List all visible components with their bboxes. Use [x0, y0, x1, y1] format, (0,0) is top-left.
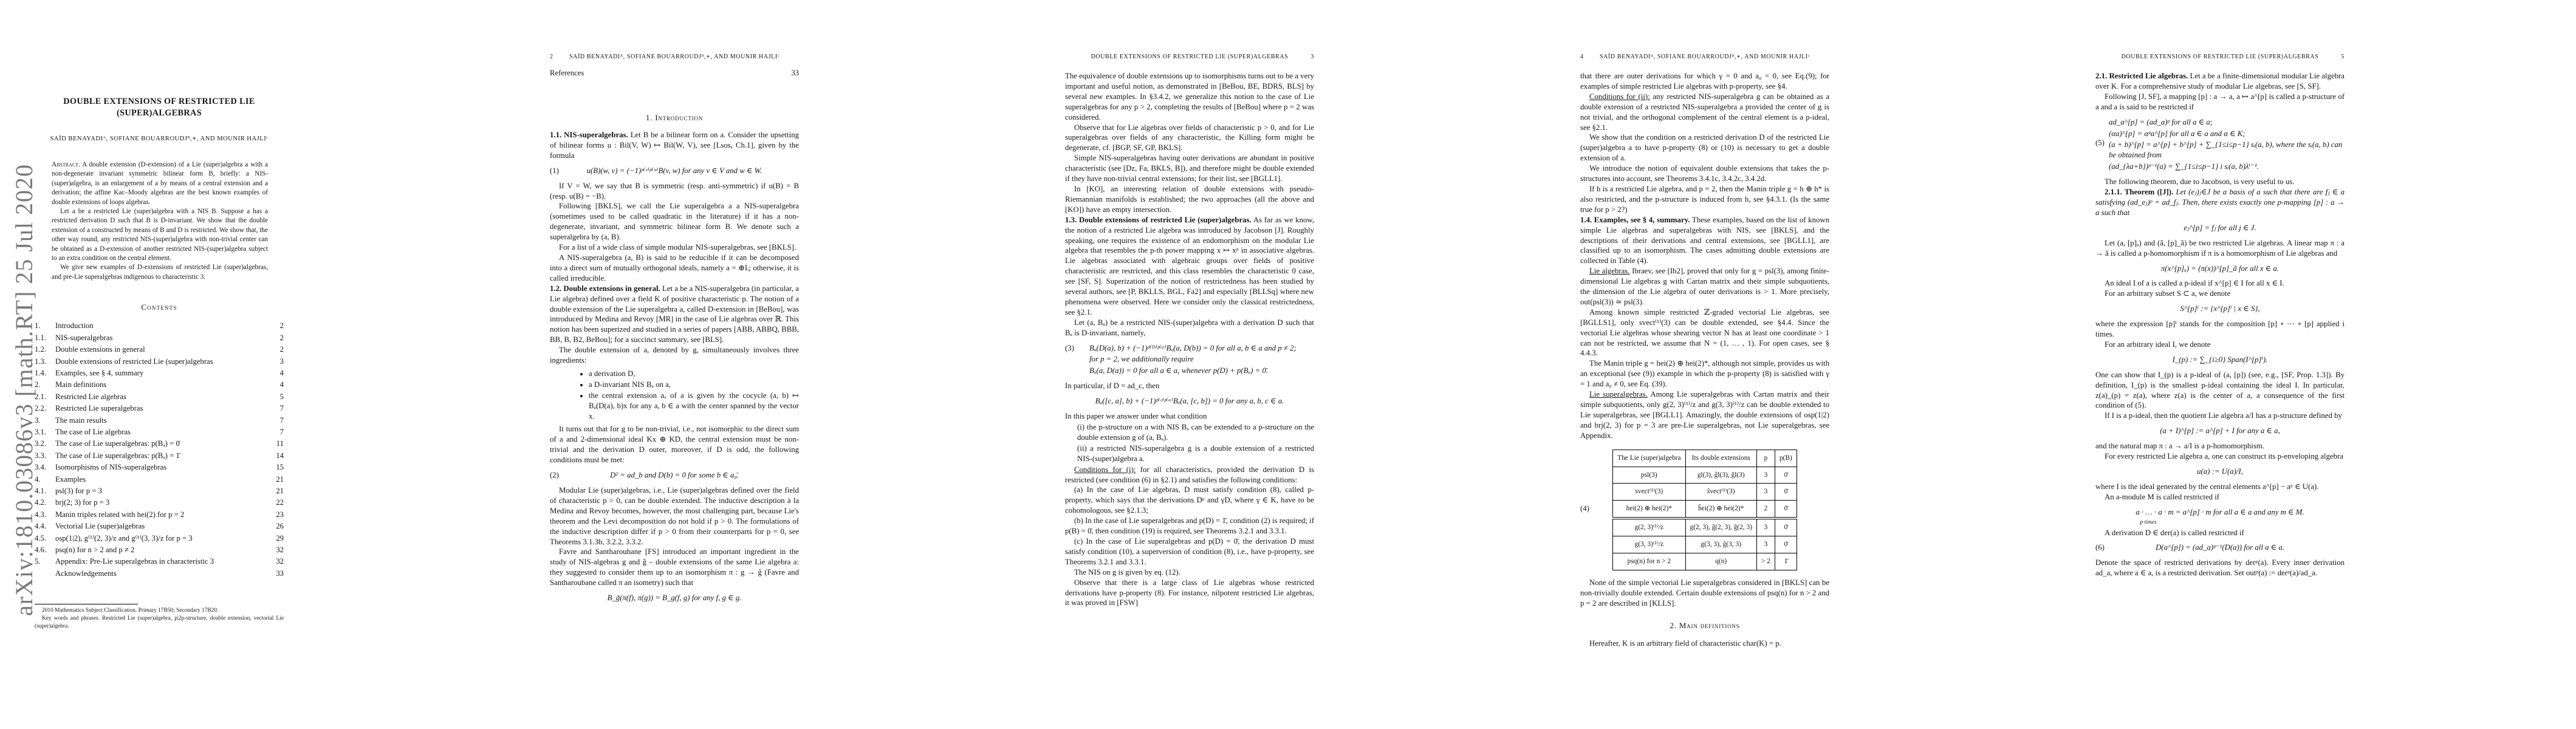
table-cell: gl(3), g̃l(3), ĝl(3) — [1685, 467, 1757, 484]
toc-entry: 4.2.brj(2; 3) for p = 322 — [35, 497, 284, 508]
paragraph-lead: Lie algebras. — [1589, 267, 1629, 275]
toc-entry: 1.3.Double extensions of restricted Lie … — [35, 356, 284, 368]
toc-number: 4. — [35, 474, 55, 485]
running-head: DOUBLE EXTENSIONS OF RESTRICTED LIE (SUP… — [1065, 53, 1314, 60]
toc-page: 7 — [265, 403, 284, 414]
table-cell: 3 — [1757, 536, 1775, 553]
toc-label: Vectorial Lie (super)algebras — [55, 521, 265, 532]
equation-text: B_g̃(π(f), π(g)) = B_g(f, g) for any f, … — [608, 594, 742, 602]
footnote-line: 2010 Mathematics Subject Classification.… — [35, 607, 284, 615]
table-row: svect⁽¹⁾(3) ŝvect⁽¹⁾(3) 3 0̄ — [1613, 484, 1797, 501]
toc-entry: 3.3.The case of Lie superalgebras: p(Bₐ)… — [35, 450, 284, 462]
abstract: Abstract. A double extension (D-extensio… — [52, 160, 268, 282]
document-canvas: { "watermark": "arXiv:1810.03086v3 [math… — [0, 0, 2576, 729]
toc-label: Introduction — [55, 320, 265, 332]
table-cell: 0̄ — [1775, 467, 1797, 484]
paragraph: Hereafter, K is an arbitrary field of ch… — [1580, 638, 1829, 649]
toc-entry: 3.1.The case of Lie algebras7 — [35, 426, 284, 438]
equation: π(x^[p]ₐ) = (π(x))^[p]_ã for all x ∈ a. — [2095, 264, 2345, 274]
toc-entry: 1.2.Double extensions in general2 — [35, 344, 284, 355]
paragraph-lead: Conditions for (i): — [1074, 465, 1136, 474]
equation: Bₐ([c, a], b) + (−1)ᵖ⁽ᶜ⁾ᵖ⁽ᵃ⁾Bₐ(a, [c, b]… — [1065, 396, 1314, 406]
running-head-title: DOUBLE EXTENSIONS OF RESTRICTED LIE (SUP… — [2108, 53, 2332, 60]
equation-number: (5) — [2095, 138, 2105, 148]
table-cell: psl(3) — [1613, 467, 1685, 484]
subsection-lead: 2.1. Restricted Lie algebras. — [2095, 72, 2188, 80]
toc-number: 3.3. — [35, 450, 55, 462]
table-cell: g(2, 3)⁽¹⁾/z — [1613, 518, 1685, 536]
running-head-title: DOUBLE EXTENSIONS OF RESTRICTED LIE (SUP… — [1077, 53, 1302, 60]
paragraph-lead: Lie superalgebras. — [1589, 390, 1648, 399]
paragraph: A derivation D ∈ der(a) is called restri… — [2095, 528, 2345, 538]
table-header: p(B) — [1775, 450, 1797, 467]
table-cell: > 2 — [1757, 553, 1775, 570]
equation-text: eⱼ^[p] = fⱼ for all j ∈ J. — [2184, 224, 2256, 232]
paragraph: that there are outer derivations for whi… — [1580, 71, 1829, 92]
toc-number — [35, 568, 55, 580]
bullet-list: a derivation D, a D-invariant NIS Bₐ on … — [589, 369, 799, 422]
subsection-lead: 1.2. Double extensions in general. — [550, 284, 660, 293]
table-row: hei(2) ⊕ hei(2)* ĥei(2) ⊕ hei(2)* 2 0̄ — [1613, 501, 1797, 518]
paragraph: The NIS on g is given by eq. (12). — [1065, 567, 1314, 578]
toc-entry: 4.5.osp(1|2), g⁽¹⁾(2, 3)/z and g⁽¹⁾(3, 3… — [35, 533, 284, 544]
paragraph: 2.1. Restricted Lie algebras. Let a be a… — [2095, 71, 2345, 92]
equation: eⱼ^[p] = fⱼ for all j ∈ J. — [2095, 223, 2345, 233]
paragraph: For an arbitrary ideal I, we denote — [2095, 340, 2345, 350]
toc-page: 29 — [265, 533, 284, 544]
equation: (1)u(B)(w, v) = (−1)ᵖ⁽ᵛ⁾ᵖ⁽ʷ⁾B(v, w) for … — [550, 166, 799, 176]
page-number: 3 — [1302, 53, 1314, 60]
page-3-column: DOUBLE EXTENSIONS OF RESTRICTED LIE (SUP… — [1065, 53, 1314, 608]
paragraph: 1.2. Double extensions in general. Let a… — [550, 284, 799, 345]
toc-number: 2.1. — [35, 391, 55, 403]
bullet-item: the central extension aₓ of a is given b… — [589, 391, 799, 422]
abstract-paragraph: Let a be a restricted Lie (super)algebra… — [52, 207, 268, 263]
toc-entry: Acknowledgements33 — [35, 568, 284, 580]
paragraph: Lie algebras. Ibraev, see [Ib2], proved … — [1580, 266, 1829, 307]
toc-label: Restricted Lie superalgebras — [55, 403, 265, 414]
toc-entry: 1.1.NIS-superalgebras2 — [35, 332, 284, 344]
section-heading: 2. Main definitions — [1580, 621, 1829, 631]
page-3-body: The equivalence of double extensions up … — [1065, 71, 1314, 608]
table-cell: g(2, 3), g̃(2, 3), ĝ(2, 3) — [1685, 518, 1757, 536]
equation-line: for p = 2, we additionally require — [1089, 354, 1314, 364]
toc-number: 2.2. — [35, 403, 55, 414]
table-cell: 0̄ — [1775, 518, 1797, 536]
toc-label: Acknowledgements — [55, 568, 265, 580]
toc-label: Appendix: Pre-Lie superalgebras in chara… — [55, 556, 265, 567]
equation: S^[p]ⁱ := {x^[p]ⁱ | x ∈ S}, — [2095, 304, 2345, 314]
table-header: The Lie (super)algebra — [1613, 450, 1685, 467]
paragraph: Observe that for Lie algebras over field… — [1065, 123, 1314, 154]
paragraph: The equivalence of double extensions up … — [1065, 71, 1314, 123]
toc-page: 32 — [265, 556, 284, 567]
page-4-column: 4 SAÏD BENAYADIᴬ, SOFIANE BOUARROUDJᴮ,∗,… — [1580, 53, 1829, 649]
running-head-authors: SAÏD BENAYADIᴬ, SOFIANE BOUARROUDJᴮ,∗, A… — [562, 53, 787, 60]
toc-page: 7 — [265, 426, 284, 438]
toc-entry: 1.Introduction2 — [35, 320, 284, 332]
underbrace-note: p times — [2061, 518, 2273, 528]
toc-number: 1.3. — [35, 356, 55, 368]
toc-entry: 4.1.psl(3) for p = 321 — [35, 485, 284, 497]
toc-entry: 3.2.The case of Lie superalgebras: p(Bₐ)… — [35, 438, 284, 450]
equation-line: Bₐ(D(a), b) + (−1)ᵖ⁽ᴰ⁾ᵖ⁽ᵃ⁾Bₐ(a, D(b)) = … — [1089, 343, 1314, 354]
paragraph: If V = W, we say that B is symmetric (re… — [550, 181, 799, 202]
contents-heading: Contents — [35, 303, 284, 312]
paragraph: Conditions for (ii): any restricted NIS-… — [1580, 92, 1829, 133]
paragraph: One can show that I_(p) is a p-ideal of … — [2095, 370, 2345, 411]
equation-number: (6) — [2095, 542, 2105, 553]
section-heading: 1. Introduction — [550, 113, 799, 123]
equation-text: u(B)(w, v) = (−1)ᵖ⁽ᵛ⁾ᵖ⁽ʷ⁾B(v, w) for any… — [587, 166, 762, 175]
page-1-column: DOUBLE EXTENSIONS OF RESTRICTED LIE (SUP… — [35, 96, 284, 580]
paragraph-lead: Conditions for (ii): — [1589, 92, 1650, 101]
table-header: p — [1757, 450, 1775, 467]
table-row: g(2, 3)⁽¹⁾/z g(2, 3), g̃(2, 3), ĝ(2, 3) … — [1613, 518, 1797, 536]
toc-label: Restricted Lie algebras — [55, 391, 265, 403]
toc-references-row: References 33 — [550, 69, 799, 78]
paragraph: Observe that there is a large class of L… — [1065, 578, 1314, 609]
toc-entry: 3.The main results7 — [35, 415, 284, 426]
paragraph-text: Let a be a NIS-superalgebra (in particul… — [550, 284, 799, 344]
equation-text: a · … · a · m = a^[p] · m for all a ∈ a … — [2136, 508, 2304, 516]
table-of-contents: 1.Introduction2 1.1.NIS-superalgebras2 1… — [35, 320, 284, 580]
table-cell: 0̄ — [1775, 484, 1797, 501]
paragraph: In particular, if D = ad_c, then — [1065, 381, 1314, 391]
paragraph: For a list of a wide class of simple mod… — [550, 242, 799, 253]
paragraph: It turns out that for g to be non-trivia… — [550, 424, 799, 465]
running-head: 2 SAÏD BENAYADIᴬ, SOFIANE BOUARROUDJᴮ,∗,… — [550, 53, 799, 60]
toc-page: 2 — [265, 320, 284, 332]
toc-label: The case of Lie superalgebras: p(Bₐ) = 0… — [55, 438, 265, 450]
table-cell: hei(2) ⊕ hei(2)* — [1613, 501, 1685, 518]
list-item: (i) the p-structure on a with NIS Bₐ can… — [1077, 422, 1314, 443]
paragraph: In this paper we answer under what condi… — [1065, 411, 1314, 422]
page-5-column: DOUBLE EXTENSIONS OF RESTRICTED LIE (SUP… — [2095, 53, 2345, 578]
paragraph: Conditions for (i): for all characterist… — [1065, 465, 1314, 485]
paragraph: For every restricted Lie algebra a, one … — [2095, 451, 2345, 462]
toc-page: 33 — [265, 568, 284, 580]
abstract-paragraph: We give new examples of D-extensions of … — [52, 263, 268, 282]
toc-page: 23 — [265, 509, 284, 521]
running-head-spacer — [1065, 53, 1077, 60]
table-cell: 2 — [1757, 501, 1775, 518]
paragraph: Simple NIS-superalgebras having outer de… — [1065, 153, 1314, 184]
abstract-paragraph: Abstract. A double extension (D-extensio… — [52, 160, 268, 207]
table-cell: 0̄ — [1775, 501, 1797, 518]
equation-text: D² = ad_b and D(b) = 0 for some b ∈ a₀̄. — [610, 471, 739, 479]
equation: u(a) := U(a)/I, — [2095, 467, 2345, 477]
toc-page: 32 — [265, 544, 284, 556]
equation-line: Bₐ(a, D(a)) = 0 for all a ∈ a, whenever … — [1089, 366, 1314, 376]
paragraph: We introduce the notion of equivalent do… — [1580, 163, 1829, 184]
page-5: DOUBLE EXTENSIONS OF RESTRICTED LIE (SUP… — [2061, 0, 2576, 729]
theorem-paragraph: 2.1.1. Theorem ([J]). Let (eⱼ)ⱼ∈J be a b… — [2095, 187, 2345, 218]
paragraph: If h is a restricted Lie algebra, and p … — [1580, 184, 1829, 215]
toc-label: Manin triples related with hei(2) for p … — [55, 509, 265, 521]
paragraph: (a) In the case of Lie algebras, D must … — [1065, 485, 1314, 516]
toc-number: 1.2. — [35, 344, 55, 355]
equation: I_(p) := ∑_{i≥0} Span(I^[p]ⁱ). — [2095, 355, 2345, 365]
paragraph: Among known simple restricted ℤ-graded v… — [1580, 307, 1829, 359]
paragraph: A NIS-superalgebra (a, B) is said to be … — [550, 253, 799, 284]
toc-page: 22 — [265, 497, 284, 508]
toc-page: 7 — [265, 415, 284, 426]
paragraph: The following theorem, due to Jacobson, … — [2095, 177, 2345, 187]
equation-text: I_(p) := ∑_{i≥0} Span(I^[p]ⁱ). — [2173, 355, 2268, 364]
page-4: 4 SAÏD BENAYADIᴬ, SOFIANE BOUARROUDJᴮ,∗,… — [1546, 0, 2061, 729]
table-cell: 0̄ — [1775, 536, 1797, 553]
toc-page: 21 — [265, 474, 284, 485]
toc-number: 1. — [35, 320, 55, 332]
table-cell: q(n) — [1685, 553, 1757, 570]
paragraph: Favre and Santharoubane [FS] introduced … — [550, 547, 799, 588]
toc-number: 1.4. — [35, 368, 55, 379]
toc-label: Isomorphisms of NIS-superalgebras — [55, 462, 265, 473]
running-head-spacer — [787, 53, 799, 60]
equation: (2)D² = ad_b and D(b) = 0 for some b ∈ a… — [550, 470, 799, 481]
toc-number: 3.4. — [35, 462, 55, 473]
toc-number: 3.2. — [35, 438, 55, 450]
table-cell: ĥei(2) ⊕ hei(2)* — [1685, 501, 1757, 518]
paragraph: (b) In the case of Lie superalgebras and… — [1065, 516, 1314, 536]
footnote-rule — [35, 604, 138, 604]
toc-page: 11 — [265, 438, 284, 450]
toc-entry: 4.Examples21 — [35, 474, 284, 485]
toc-entry: 1.4.Examples, see § 4, summary4 — [35, 368, 284, 379]
running-head-authors: SAÏD BENAYADIᴬ, SOFIANE BOUARROUDJᴮ,∗, A… — [1592, 53, 1817, 60]
footnote-line: Key words and phrases. Restricted Lie (s… — [35, 615, 284, 631]
abstract-text: A double extension (D-extension) of a Li… — [52, 161, 268, 206]
equation-line: ad_a^[p] = (ad_a)ᵖ for all a ∈ a; — [2109, 117, 2345, 128]
paragraph: An a-module M is called restricted if — [2095, 492, 2345, 502]
toc-entry: 2.Main definitions4 — [35, 379, 284, 391]
toc-label: Main definitions — [55, 379, 265, 391]
table-block: (4) The Lie (super)algebra Its double ex… — [1580, 450, 1829, 570]
table-cell: 3 — [1757, 518, 1775, 536]
double-extensions-table: The Lie (super)algebra Its double extens… — [1612, 450, 1797, 570]
equation-text: (a + I)^[p] := a^[p] + I for any a ∈ a, — [2160, 426, 2280, 435]
toc-label: The case of Lie superalgebras: p(Bₐ) = 1… — [55, 450, 265, 462]
toc-page: 14 — [265, 450, 284, 462]
table-header: Its double extensions — [1685, 450, 1757, 467]
list-item: (ii) a restricted NIS-superalgebra g is … — [1077, 443, 1314, 464]
toc-label: Examples, see § 4, summary — [55, 368, 265, 379]
paragraph-text: As far as we know, the notion of a restr… — [1065, 216, 1314, 317]
equation-text: u(a) := U(a)/I, — [2197, 467, 2243, 476]
paragraph: If I is a p-ideal, then the quotient Lie… — [2095, 411, 2345, 421]
table-cell: 1̄ — [1775, 553, 1797, 570]
page-2-body: 1.1. NIS-superalgebras. Let B be a bilin… — [550, 130, 799, 603]
table-cell: ŝvect⁽¹⁾(3) — [1685, 484, 1757, 501]
equation-text: π(x^[p]ₐ) = (π(x))^[p]_ã for all x ∈ a. — [2161, 264, 2279, 273]
toc-number: 3.1. — [35, 426, 55, 438]
toc-page: 3 — [265, 356, 284, 368]
toc-number: 3. — [35, 415, 55, 426]
toc-entry: 4.3.Manin triples related with hei(2) fo… — [35, 509, 284, 521]
equation-text: D(a^[p]) = (ad_a)ᵖ⁻¹(D(a)) for all a ∈ a… — [2156, 543, 2284, 552]
paragraph: In [KO], an interesting relation of doub… — [1065, 184, 1314, 215]
running-head-spacer — [1817, 53, 1829, 60]
toc-label: NIS-superalgebras — [55, 332, 265, 344]
equation-line: (a + b)^[p] = a^[p] + b^[p] + ∑_{1≤i≤p−1… — [2109, 140, 2345, 160]
table-cell: svect⁽¹⁾(3) — [1613, 484, 1685, 501]
toc-number: 4.1. — [35, 485, 55, 497]
toc-page: 2 — [265, 344, 284, 355]
toc-label: brj(2; 3) for p = 3 — [55, 497, 265, 508]
page-4-body: that there are outer derivations for whi… — [1580, 71, 1829, 649]
toc-label: osp(1|2), g⁽¹⁾(2, 3)/z and g⁽¹⁾(3, 3)/z … — [55, 533, 265, 544]
table-label: (4) — [1580, 504, 1589, 514]
paragraph: where the expression [p]ⁱ stands for the… — [2095, 319, 2345, 340]
paragraph: where I is the ideal generated by the ce… — [2095, 482, 2345, 492]
toc-number: 2. — [35, 379, 55, 391]
equation-number: (3) — [1065, 343, 1074, 354]
toc-label: The main results — [55, 415, 265, 426]
paragraph: Let (a, Bₐ) be a restricted NIS-(super)a… — [1065, 318, 1314, 338]
toc-page: 2 — [265, 332, 284, 344]
table-cell: g(3, 3)⁽¹⁾/z — [1613, 536, 1685, 553]
paper-authors: SAÏD BENAYADIᴬ, SOFIANE BOUARROUDJᴮ,∗, A… — [35, 135, 284, 142]
equation-line: (ad_{λa+b})ᵖ⁻¹(a) = ∑_{1≤i≤p−1} i sᵢ(a, … — [2109, 162, 2345, 172]
footnote: 2010 Mathematics Subject Classification.… — [35, 604, 284, 631]
subsection-lead: 1.3. Double extensions of restricted Lie… — [1065, 216, 1252, 224]
toc-label: Examples — [55, 474, 265, 485]
table-header-row: The Lie (super)algebra Its double extens… — [1613, 450, 1797, 467]
page-number: 5 — [2332, 53, 2345, 60]
running-head: 4 SAÏD BENAYADIᴬ, SOFIANE BOUARROUDJᴮ,∗,… — [1580, 53, 1829, 60]
toc-label: psl(3) for p = 3 — [55, 485, 265, 497]
toc-label: Double extensions of restricted Lie (sup… — [55, 356, 265, 368]
table-row: psl(3) gl(3), g̃l(3), ĝl(3) 3 0̄ — [1613, 467, 1797, 484]
equation-line: (αa)^[p] = αᵖa^[p] for all a ∈ a and α ∈… — [2109, 129, 2345, 139]
table-row: g(3, 3)⁽¹⁾/z g(3, 3), g̃(3, 3) 3 0̄ — [1613, 536, 1797, 553]
toc-entry: 2.1.Restricted Lie algebras5 — [35, 391, 284, 403]
toc-number: 4.6. — [35, 544, 55, 556]
paragraph: Following [BKLS], we call the Lie supera… — [550, 201, 799, 242]
bullet-item: a derivation D, — [589, 369, 799, 379]
equation-text: Bₐ([c, a], b) + (−1)ᵖ⁽ᶜ⁾ᵖ⁽ᵃ⁾Bₐ(a, [c, b]… — [1095, 397, 1284, 405]
paragraph: Denote the space of restricted derivatio… — [2095, 558, 2345, 578]
toc-number: 1.1. — [35, 332, 55, 344]
toc-entry: 2.2.Restricted Lie superalgebras7 — [35, 403, 284, 414]
toc-page: 21 — [265, 485, 284, 497]
equation: a · … · a · m = a^[p] · m for all a ∈ a … — [2095, 507, 2345, 518]
paragraph: 1.4. Examples, see § 4, summary. These e… — [1580, 215, 1829, 267]
toc-label: Double extensions in general — [55, 344, 265, 355]
table-row: psq(n) for n > 2 q(n) > 2 1̄ — [1613, 553, 1797, 570]
paragraph: Lie superalgebras. Among Lie superalgebr… — [1580, 389, 1829, 441]
table-cell: g(3, 3), g̃(3, 3) — [1685, 536, 1757, 553]
paragraph: Modular Lie (super)algebras, i.e., Lie (… — [550, 485, 799, 547]
page-1: arXiv:1810.03086v3 [math.RT] 25 Jul 2020… — [0, 0, 515, 729]
running-head-spacer — [2095, 53, 2108, 60]
toc-number: 5. — [35, 556, 55, 567]
equation-group: (5) ad_a^[p] = (ad_a)ᵖ for all a ∈ a; (α… — [2095, 117, 2345, 173]
theorem-lead: 2.1.1. Theorem ([J]). — [2105, 188, 2173, 196]
equation: (6)D(a^[p]) = (ad_a)ᵖ⁻¹(D(a)) for all a … — [2095, 542, 2345, 553]
table-cell: psq(n) for n > 2 — [1613, 553, 1685, 570]
paper-title: DOUBLE EXTENSIONS OF RESTRICTED LIE (SUP… — [35, 96, 284, 119]
page-2-column: 2 SAÏD BENAYADIᴬ, SOFIANE BOUARROUDJᴮ,∗,… — [550, 53, 799, 608]
toc-number: 4.3. — [35, 509, 55, 521]
page-5-body: 2.1. Restricted Lie algebras. Let a be a… — [2095, 71, 2345, 578]
running-head: DOUBLE EXTENSIONS OF RESTRICTED LIE (SUP… — [2095, 53, 2345, 60]
equation: (a + I)^[p] := a^[p] + I for any a ∈ a, — [2095, 426, 2345, 436]
subsection-lead: 1.1. NIS-superalgebras. — [550, 131, 628, 139]
toc-page: 15 — [265, 462, 284, 473]
page-3: DOUBLE EXTENSIONS OF RESTRICTED LIE (SUP… — [1030, 0, 1546, 729]
toc-page: 26 — [265, 521, 284, 532]
equation: B_g̃(π(f), π(g)) = B_g(f, g) for any f, … — [550, 593, 799, 603]
toc-page: 5 — [265, 391, 284, 403]
subsection-lead: 1.4. Examples, see § 4, summary. — [1580, 216, 1690, 224]
equation-text: S^[p]ⁱ := {x^[p]ⁱ | x ∈ S}, — [2180, 304, 2259, 313]
toc-entry: 4.6.psq(n) for n > 2 and p ≠ 232 — [35, 544, 284, 556]
equation-number: (1) — [550, 166, 559, 176]
paragraph: An ideal I of a is called a p-ideal if x… — [2095, 278, 2345, 289]
paragraph: (c) In the case of Lie superalgebras and… — [1065, 536, 1314, 567]
toc-label: References — [550, 69, 791, 78]
page-number: 2 — [550, 53, 562, 60]
toc-number: 4.4. — [35, 521, 55, 532]
toc-page: 33 — [791, 69, 799, 78]
toc-entry: 4.4.Vectorial Lie (super)algebras26 — [35, 521, 284, 532]
paragraph: We show that the condition on a restrict… — [1580, 132, 1829, 163]
toc-number: 4.5. — [35, 533, 55, 544]
toc-label: psq(n) for n > 2 and p ≠ 2 — [55, 544, 265, 556]
page-2: 2 SAÏD BENAYADIᴬ, SOFIANE BOUARROUDJᴮ,∗,… — [515, 0, 1030, 729]
paragraph: 1.3. Double extensions of restricted Lie… — [1065, 215, 1314, 318]
paragraph: The Manin triple g = hei(2) ⊕ hei(2)*, a… — [1580, 358, 1829, 389]
paragraph: The double extension of a, denoted by g,… — [550, 345, 799, 366]
paragraph: Following [J, SF], a mapping [p] : a → a… — [2095, 92, 2345, 112]
table-cell: 3 — [1757, 484, 1775, 501]
paragraph: None of the simple vectorial Lie superal… — [1580, 578, 1829, 609]
equation-group: (3) Bₐ(D(a), b) + (−1)ᵖ⁽ᴰ⁾ᵖ⁽ᵃ⁾Bₐ(a, D(b)… — [1065, 343, 1314, 377]
toc-page: 4 — [265, 368, 284, 379]
toc-label: The case of Lie algebras — [55, 426, 265, 438]
abstract-label: Abstract. — [52, 161, 80, 168]
page-number: 4 — [1580, 53, 1592, 60]
equation-number: (2) — [550, 470, 559, 481]
paragraph: Let (a, [p]ₐ) and (ã, [p]_ã) be two rest… — [2095, 238, 2345, 259]
paragraph: and the natural map π : a → a/I is a p-h… — [2095, 441, 2345, 451]
toc-entry: 5.Appendix: Pre-Lie superalgebras in cha… — [35, 556, 284, 567]
table-cell: 3 — [1757, 467, 1775, 484]
toc-entry: 3.4.Isomorphisms of NIS-superalgebras15 — [35, 462, 284, 473]
paragraph: For an arbitrary subset S ⊂ a, we denote — [2095, 289, 2345, 299]
bullet-item: a D-invariant NIS Bₐ on a, — [589, 380, 799, 390]
toc-page: 4 — [265, 379, 284, 391]
paragraph: 1.1. NIS-superalgebras. Let B be a bilin… — [550, 130, 799, 161]
toc-number: 4.2. — [35, 497, 55, 508]
